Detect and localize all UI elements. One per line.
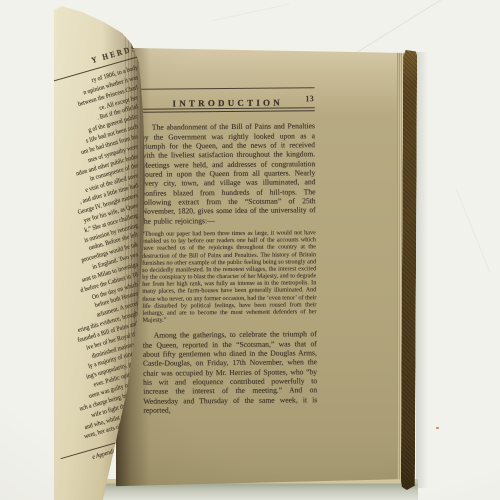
cover-shadow	[416, 52, 428, 488]
book-photograph: INTRODUCTION 13 The abandonment of the B…	[0, 0, 500, 500]
header-rule	[141, 87, 315, 90]
page-number: 13	[305, 93, 314, 103]
block-quote: “Though our paper had been three times a…	[142, 229, 317, 324]
book-cover-edge	[401, 50, 417, 490]
paragraph: Among the gatherings, to celebrate the t…	[143, 329, 318, 415]
right-page: INTRODUCTION 13 The abandonment of the B…	[116, 45, 404, 487]
background-scratch	[211, 4, 289, 22]
running-header: INTRODUCTION	[172, 98, 283, 109]
header-double-rule	[141, 107, 315, 113]
running-header-row: INTRODUCTION 13	[141, 92, 315, 106]
page-content: INTRODUCTION 13 The abandonment of the B…	[141, 87, 318, 415]
dust-speck	[436, 427, 439, 429]
background-scratch	[456, 189, 491, 273]
paragraph: The abandonment of the Bill of Pains and…	[141, 122, 316, 226]
